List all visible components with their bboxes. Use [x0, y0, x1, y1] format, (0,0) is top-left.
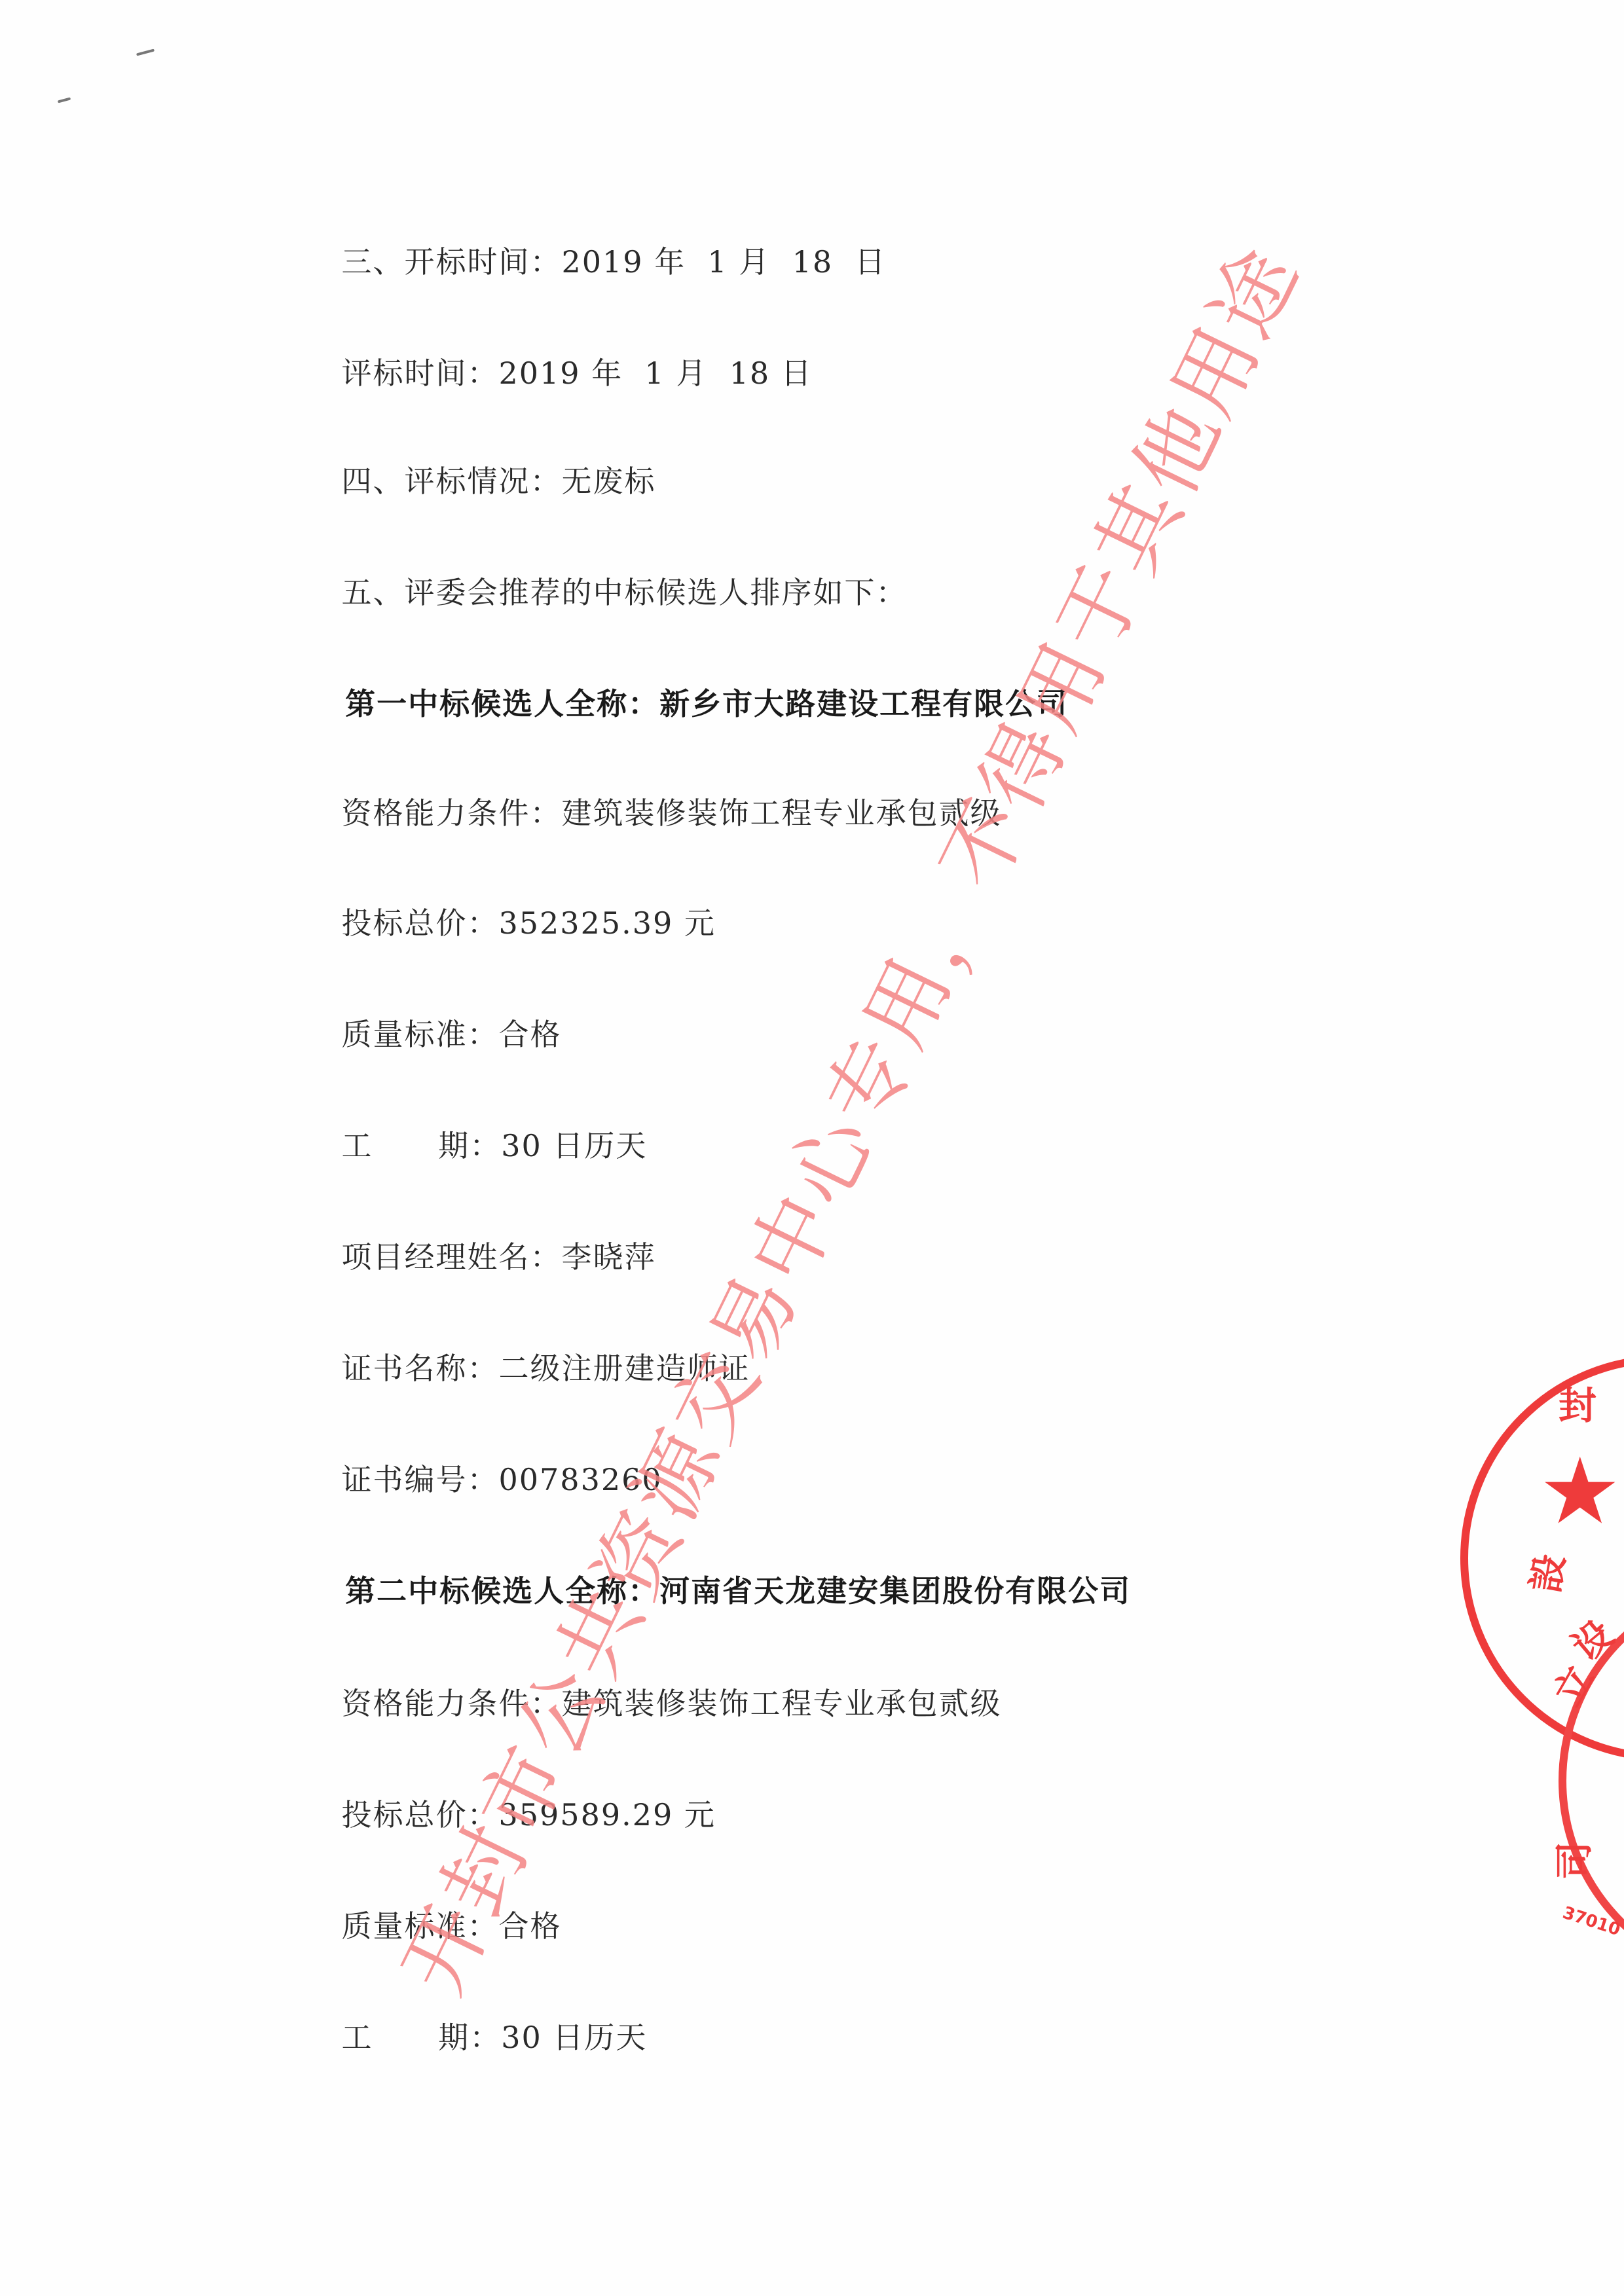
star-icon: ★ — [1539, 1447, 1621, 1539]
candidate-1-price-value: 352325.39 元 — [499, 905, 716, 941]
candidate-1-qualification-value: 建筑装修装饰工程专业承包贰级 — [562, 795, 1002, 831]
candidate-2-qualification-label: 资格能力条件： — [342, 1686, 562, 1721]
candidate-1-qualification-label: 资格能力条件： — [342, 795, 562, 831]
candidate-1-name-label: 第一中标候选人全称： — [345, 686, 659, 721]
candidate-2-price-label: 投标总价： — [342, 1797, 499, 1832]
candidate-2-name: 第二中标候选人全称：河南省天龙建安集团股份有限公司 — [298, 1532, 1131, 1650]
candidate-1-quality-label: 质量标准： — [342, 1017, 499, 1052]
evaluation-status-label: 四、评标情况： — [342, 464, 562, 499]
candidate-1-cert-no: 证书编号：00783260 — [298, 1421, 663, 1539]
opening-time: 三、开标时间：2019 年 1 月 18 日 — [298, 203, 886, 321]
document-page: 三、开标时间：2019 年 1 月 18 日 评标时间：2019 年 1 月 1… — [0, 0, 1624, 2296]
candidate-2-price-value: 359589.29 元 — [499, 1797, 716, 1832]
opening-time-label: 三、开标时间： — [342, 244, 562, 280]
evaluation-status-value: 无废标 — [562, 464, 656, 499]
candidate-1-cert-no-value: 00783260 — [499, 1462, 663, 1497]
ranking-heading-label: 五、评委会推荐的中标候选人排序如下： — [342, 575, 908, 610]
candidate-2-price: 投标总价：359589.29 元 — [298, 1756, 716, 1874]
candidate-1-cert-no-label: 证书编号： — [342, 1462, 499, 1497]
candidate-1-cert-name-value: 二级注册建造师证 — [499, 1351, 750, 1386]
candidate-2-duration: 工 期：30 日历天 — [298, 1978, 647, 2096]
evaluation-time-value: 2019 年 1 月 18 日 — [499, 355, 813, 391]
candidate-1-price-label: 投标总价： — [342, 905, 499, 941]
candidate-2-duration-value: 30 日历天 — [501, 2020, 647, 2055]
candidate-1-quality-value: 合格 — [499, 1017, 562, 1052]
candidate-2-duration-label: 工 期： — [342, 2020, 502, 2055]
scan-speck — [136, 48, 155, 56]
candidate-1-qualification: 资格能力条件：建筑装修装饰工程专业承包贰级 — [298, 754, 1002, 872]
candidate-1-duration-value: 30 日历天 — [501, 1128, 647, 1163]
candidate-1-duration: 工 期：30 日历天 — [298, 1087, 647, 1205]
evaluation-time: 评标时间：2019 年 1 月 18 日 — [298, 314, 813, 432]
company-seal: 封 ★ 設 设 立 司 37010 — [1428, 1336, 1624, 1951]
candidate-2-qualification: 资格能力条件：建筑装修装饰工程专业承包贰级 — [298, 1645, 1002, 1762]
candidate-2-qualification-value: 建筑装修装饰工程专业承包贰级 — [562, 1686, 1002, 1721]
evaluation-time-label: 评标时间： — [342, 355, 499, 391]
candidate-2-quality-value: 合格 — [499, 1908, 562, 1944]
candidate-1-name: 第一中标候选人全称：新乡市大路建设工程有限公司 — [298, 645, 1068, 763]
candidate-1-manager-label: 项目经理姓名： — [342, 1239, 562, 1275]
evaluation-status: 四、评标情况：无废标 — [298, 422, 656, 540]
candidate-1-quality: 质量标准：合格 — [298, 975, 562, 1093]
seal-char: 封 — [1559, 1375, 1596, 1430]
candidate-1-cert-name: 证书名称：二级注册建造师证 — [298, 1309, 750, 1427]
opening-time-value: 2019 年 1 月 18 日 — [562, 244, 887, 280]
candidate-2-name-value: 河南省天龙建安集团股份有限公司 — [659, 1573, 1131, 1609]
scan-speck — [58, 97, 71, 103]
candidate-1-price: 投标总价：352325.39 元 — [298, 864, 716, 982]
candidate-1-name-value: 新乡市大路建设工程有限公司 — [659, 686, 1068, 721]
seal-char: 司 — [1543, 1842, 1598, 1880]
candidate-2-quality: 质量标准：合格 — [298, 1867, 562, 1985]
candidate-2-quality-label: 质量标准： — [342, 1908, 499, 1944]
candidate-1-cert-name-label: 证书名称： — [342, 1351, 499, 1386]
candidate-1-manager: 项目经理姓名：李晓萍 — [298, 1198, 656, 1316]
candidate-2-name-label: 第二中标候选人全称： — [345, 1573, 659, 1609]
candidate-1-duration-label: 工 期： — [342, 1128, 502, 1163]
candidate-1-manager-value: 李晓萍 — [562, 1239, 656, 1275]
ranking-heading: 五、评委会推荐的中标候选人排序如下： — [298, 534, 908, 651]
